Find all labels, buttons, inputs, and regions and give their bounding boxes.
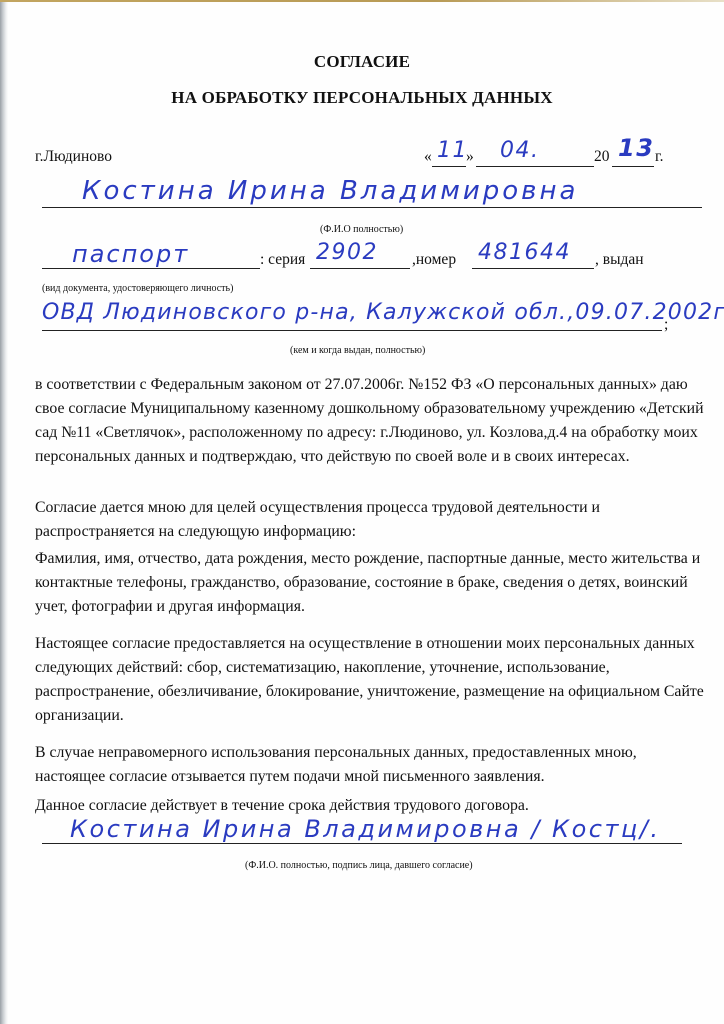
issued-label: , выдан (595, 251, 644, 269)
city-label: г.Людиново (35, 148, 112, 166)
scan-top-edge (0, 0, 724, 2)
issued-by-caption: (кем и когда выдан, полностью) (290, 345, 425, 356)
full-name-field[interactable]: Костина Ирина Владимировна (82, 176, 578, 206)
number-field[interactable]: 481644 (478, 240, 571, 265)
scan-left-edge (0, 0, 8, 1024)
date-year-unit: г. (655, 148, 663, 166)
paragraph-legal-basis: в соответствии с Федеральным законом от … (35, 373, 705, 469)
series-label: : серия (260, 251, 305, 269)
date-close-quote: » (466, 148, 474, 166)
paragraph-data-list: Фамилия, имя, отчество, дата рождения, м… (35, 547, 705, 619)
paragraph-revocation: В случае неправомерного использования пе… (35, 741, 705, 789)
doc-type-caption: (вид документа, удостоверяющего личность… (42, 283, 233, 294)
paragraph-purpose: Согласие дается мною для целей осуществл… (35, 496, 705, 544)
paragraph-actions: Настоящее согласие предоставляется на ос… (35, 632, 705, 728)
date-month-field[interactable]: 04. (500, 138, 540, 163)
number-line (472, 268, 594, 269)
issued-by-line (42, 330, 662, 331)
document-title: СОГЛАСИЕ (0, 52, 724, 72)
number-label: ,номер (412, 251, 456, 269)
date-year-prefix: 20 (594, 148, 610, 166)
issued-by-field[interactable]: ОВД Людиновского р-на, Калужской обл.,09… (42, 300, 724, 325)
date-month-line (476, 166, 594, 167)
doc-type-field[interactable]: паспорт (72, 240, 189, 268)
series-field[interactable]: 2902 (316, 240, 378, 265)
signature-caption: (Ф.И.О. полностью, подпись лица, давшего… (245, 860, 473, 871)
date-open-quote: « (424, 148, 432, 166)
signature-line (42, 843, 682, 844)
full-name-caption: (Ф.И.О полностью) (320, 224, 403, 235)
series-line (310, 268, 410, 269)
date-day-field[interactable]: 11 (437, 138, 468, 163)
document-subtitle: НА ОБРАБОТКУ ПЕРСОНАЛЬНЫХ ДАННЫХ (0, 88, 724, 108)
issued-by-semicolon: ; (664, 316, 668, 334)
date-day-line (432, 166, 466, 167)
full-name-line (42, 207, 702, 208)
date-year-field[interactable]: 13 (618, 134, 654, 162)
date-year-line (612, 166, 654, 167)
document-page: СОГЛАСИЕ НА ОБРАБОТКУ ПЕРСОНАЛЬНЫХ ДАННЫ… (0, 0, 724, 1024)
doc-type-line (42, 268, 260, 269)
signature-field[interactable]: Костина Ирина Владимировна / Костц/. (70, 815, 661, 843)
